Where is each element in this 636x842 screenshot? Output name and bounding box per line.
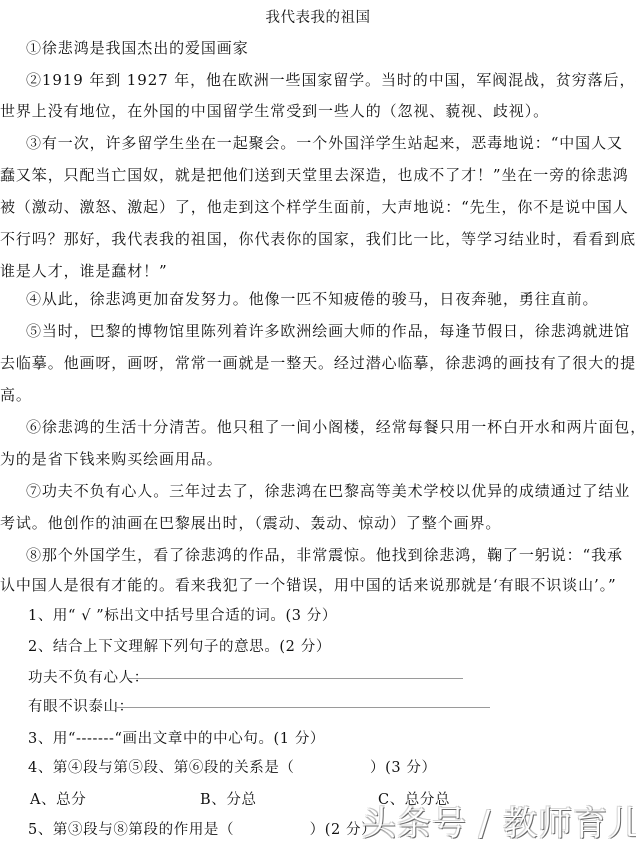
paragraph-2-line-1: ②1919 年到 1927 年，他在欧洲一些国家留学。当时的中国，军阀混战，贫穷… <box>0 69 636 90</box>
question-4-option-b: B、分总 <box>200 788 257 809</box>
paragraph-4-line-1: ④从此，徐悲鸿更加奋发努力。他像一匹不知疲倦的骏马，日夜奔驰，勇往直前。 <box>0 288 636 309</box>
paragraph-8-line-1: ⑧那个外国学生，看了徐悲鸿的作品，非常震惊。他找到徐悲鸿，鞠了一躬说：“我承 <box>0 544 636 565</box>
paragraph-8-line-2: 认中国人是很有才能的。看来我犯了一个错误，用中国的话来说那就是‘有眼不识谈山’。… <box>0 574 636 595</box>
paragraph-5-line-2: 去临摹。他画呀，画呀，常常一画就是一整天。经过潜心临摹，徐悲鸿的画技有了很大的提 <box>0 352 636 373</box>
question-4-option-a: A、总分 <box>30 788 86 809</box>
paragraph-1-line-1: ①徐悲鸿是我国杰出的爱国画家 <box>0 37 636 58</box>
question-3: 3、用“-------“画出文章中的中心句。(1 分） <box>28 727 325 748</box>
paragraph-3-line-1: ③有一次，许多留学生坐在一起聚会。一个外国洋学生站起来，恶毒地说：“中国人又 <box>0 132 636 153</box>
question-1: 1、用“ √ ”标出文中括号里合适的词。(3 分） <box>28 604 337 625</box>
worksheet-title: 我代表我的祖国 <box>0 6 636 27</box>
paragraph-6-line-2: 为的是省下钱来购买绘画用品。 <box>0 448 636 469</box>
question-2: 2、结合上下文理解下列句子的意思。(2 分） <box>28 635 331 656</box>
paragraph-5-line-3: 高。 <box>0 384 636 405</box>
paragraph-3-line-2: 蠢又笨，只配当亡国奴，就是把他们送到天堂里去深造，也成不了才！”坐在一旁的徐悲鸿 <box>0 164 636 185</box>
paragraph-3-line-3: 被（激动、激怒、激起）了，他走到这个样学生面前，大声地说：“先生，你不是说中国人 <box>0 196 636 217</box>
question-4: 4、第④段与第⑤段、第⑥段的关系是（ ）(3 分） <box>28 756 437 777</box>
paragraph-6-line-1: ⑥徐悲鸿的生活十分清苦。他只租了一间小阁楼，经常每餐只用一杯白开水和两片面包， <box>0 416 636 437</box>
question-2b-answer-line[interactable] <box>115 707 490 708</box>
paragraph-3-line-4: 不行吗？那好，我代表我的祖国，你代表你的国家，我们比一比，等学习结业时，看看到底 <box>0 228 636 249</box>
watermark: 头条号 / 教师育儿 <box>362 796 636 842</box>
paragraph-5-line-1: ⑤当时，巴黎的博物馆里陈列着许多欧洲绘画大师的作品，每逢节假日，徐悲鸿就进馆 <box>0 320 636 341</box>
paragraph-3-line-5: 谁是人才，谁是蠢材！” <box>0 260 636 281</box>
question-2b-label: 有眼不识泰山： <box>28 695 134 716</box>
question-5: 5、第③段与⑧第段的作用是（ ）(2 分） <box>28 818 376 839</box>
paragraph-7-line-2: 考试。他创作的油画在巴黎展出时，（震动、轰动、惊动）了整个画界。 <box>0 512 636 533</box>
paragraph-7-line-1: ⑦功夫不负有心人。三年过去了，徐悲鸿在巴黎高等美术学校以优异的成绩通过了结业 <box>0 480 636 501</box>
paragraph-2-line-2: 世界上没有地位，在外国的中国留学生常受到一些人的（忽视、藐视、歧视）。 <box>0 100 636 121</box>
question-2a-label: 功夫不负有心人： <box>28 666 149 687</box>
question-2a-answer-line[interactable] <box>128 678 463 679</box>
